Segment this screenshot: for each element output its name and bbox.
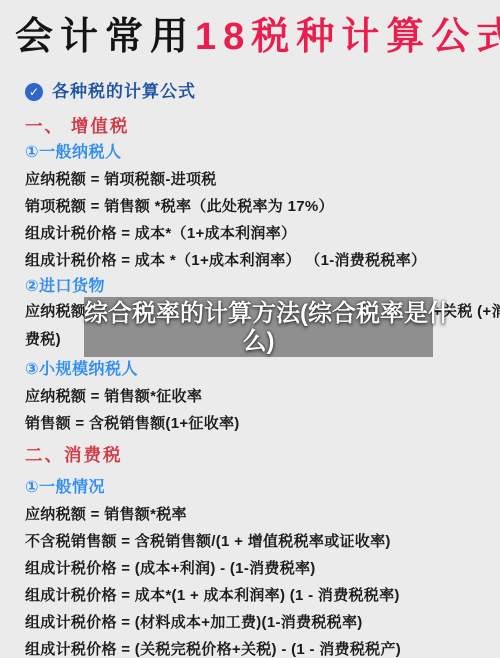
group-label-general-taxpayer: ①一般纳税人 <box>25 144 488 162</box>
formula-line: 组成计税价格 = (关税完税价格+关税) - (1 - 消费税税产) <box>25 641 488 658</box>
formula-fragment-wrap: 费税) <box>25 331 61 349</box>
formula-line: 组成计税价格 = 成本*（1+成本利润率） <box>25 225 488 243</box>
check-circle-icon <box>25 83 43 101</box>
section-title-consumption-tax: 二、消费税 <box>25 446 488 465</box>
watermark-line1: 综合税率的计算方法(综合税率是什 <box>84 300 433 328</box>
page-title: 会计常用18税种计算公式 <box>15 0 488 62</box>
group-label-import-goods: ②进口货物 <box>25 278 488 296</box>
page-title-red-part: 18税种计算公式 <box>195 16 500 58</box>
watermark-overlay: 综合税率的计算方法(综合税率是什 么) <box>84 297 433 357</box>
formula-line: 组成计税价格 = 成本*(1 + 成本利润率) (1 - 消费税税率) <box>25 587 488 605</box>
formula-line: 销售额 = 含税销售额(1+征收率) <box>25 415 488 433</box>
covered-formula-area: 应纳税额 +关税 (+消 费税) 综合税率的计算方法(综合税率是什 么) <box>25 298 488 356</box>
formula-line: 销项税额 = 销售额 *税率（此处税率为 17%） <box>25 198 488 216</box>
group-label-small-scale-taxpayer: ③小规模纳税人 <box>25 361 488 379</box>
page-title-black-part: 会计常用 <box>15 16 195 58</box>
formula-line: 不含税销售额 = 含税销售额/(1 + 增值税税率或证收率) <box>25 533 488 551</box>
tax-formula-poster: 会计常用18税种计算公式 各种税的计算公式 一、 增值税 ①一般纳税人 应纳税额… <box>0 0 500 658</box>
watermark-line2: 么) <box>84 328 433 356</box>
formula-fragment-left: 应纳税额 <box>25 303 86 321</box>
subtitle-row: 各种税的计算公式 <box>25 82 488 102</box>
formula-line: 应纳税额 = 销售额*征收率 <box>25 388 488 406</box>
section-title-vat: 一、 增值税 <box>25 117 488 136</box>
formula-line: 组成计税价格 = 成本 *（1+成本利润率） （1-消费税税率） <box>25 252 488 270</box>
subtitle-text: 各种税的计算公式 <box>52 82 196 102</box>
formula-line: 组成计税价格 = (材料成本+加工费)(1-消费税税率) <box>25 614 488 632</box>
formula-line: 应纳税额 = 销项税额-进项税 <box>25 171 488 189</box>
group-label-general-case: ①一般情况 <box>25 479 488 497</box>
formula-line: 组成计税价格 = (成本+利润) - (1-消费税率) <box>25 560 488 578</box>
formula-line: 应纳税额 = 销售额*税率 <box>25 506 488 524</box>
